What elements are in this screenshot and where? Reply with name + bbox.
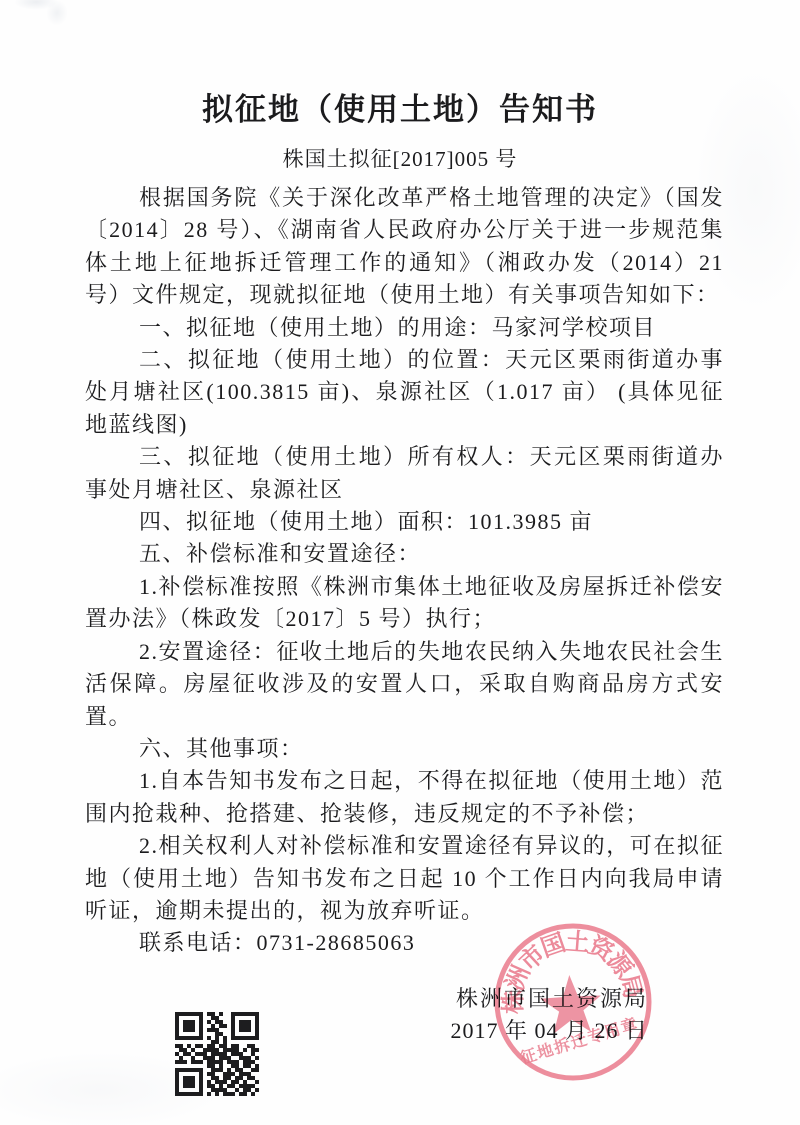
notice-title: 拟征地（使用土地）告知书 (0, 0, 800, 130)
signature-block: 株洲市国土资源局 2017 年 04 月 26 日 (0, 983, 800, 1048)
body-paragraph: 根据国务院《关于深化改革严格土地管理的决定》（国发〔2014〕28 号）、《湖南… (85, 182, 724, 312)
signature-date: 2017 年 04 月 26 日 (0, 1015, 648, 1047)
body-paragraph: 四、拟征地（使用土地）面积：101.3985 亩 (85, 506, 724, 538)
signature-issuer: 株洲市国土资源局 (0, 983, 648, 1015)
qr-code (175, 1012, 259, 1096)
body-paragraph: 五、补偿标准和安置途径： (85, 538, 724, 570)
body-paragraph: 1.自本告知书发布之日起，不得在拟征地（使用土地）范围内抢栽种、抢搭建、抢装修，… (85, 765, 724, 830)
qr-module (255, 1092, 259, 1096)
body-paragraph: 六、其他事项： (85, 733, 724, 765)
body-paragraph: 1.补偿标准按照《株洲市集体土地征收及房屋拆迁补偿安置办法》（株政发〔2017〕… (85, 571, 724, 636)
document-page: 拟征地（使用土地）告知书 株国土拟征[2017]005 号 根据国务院《关于深化… (0, 0, 800, 1125)
body-paragraph: 2.安置途径：征收土地后的失地农民纳入失地农民社会生活保障。房屋征收涉及的安置人… (85, 636, 724, 733)
doc-number: 株国土拟征[2017]005 号 (0, 143, 800, 173)
contact-phone-line: 联系电话：0731-28685063 (85, 927, 724, 959)
notice-body: 根据国务院《关于深化改革严格土地管理的决定》（国发〔2014〕28 号）、《湖南… (85, 182, 724, 960)
body-paragraph: 2.相关权利人对补偿标准和安置途径有异议的，可在拟征地（使用土地）告知书发布之日… (85, 830, 724, 927)
body-paragraph: 二、拟征地（使用土地）的位置：天元区栗雨街道办事处月塘社区(100.3815 亩… (85, 344, 724, 441)
body-paragraph: 一、拟征地（使用土地）的用途：马家河学校项目 (85, 312, 724, 344)
body-paragraph: 三、拟征地（使用土地）所有权人：天元区栗雨街道办事处月塘社区、泉源社区 (85, 441, 724, 506)
